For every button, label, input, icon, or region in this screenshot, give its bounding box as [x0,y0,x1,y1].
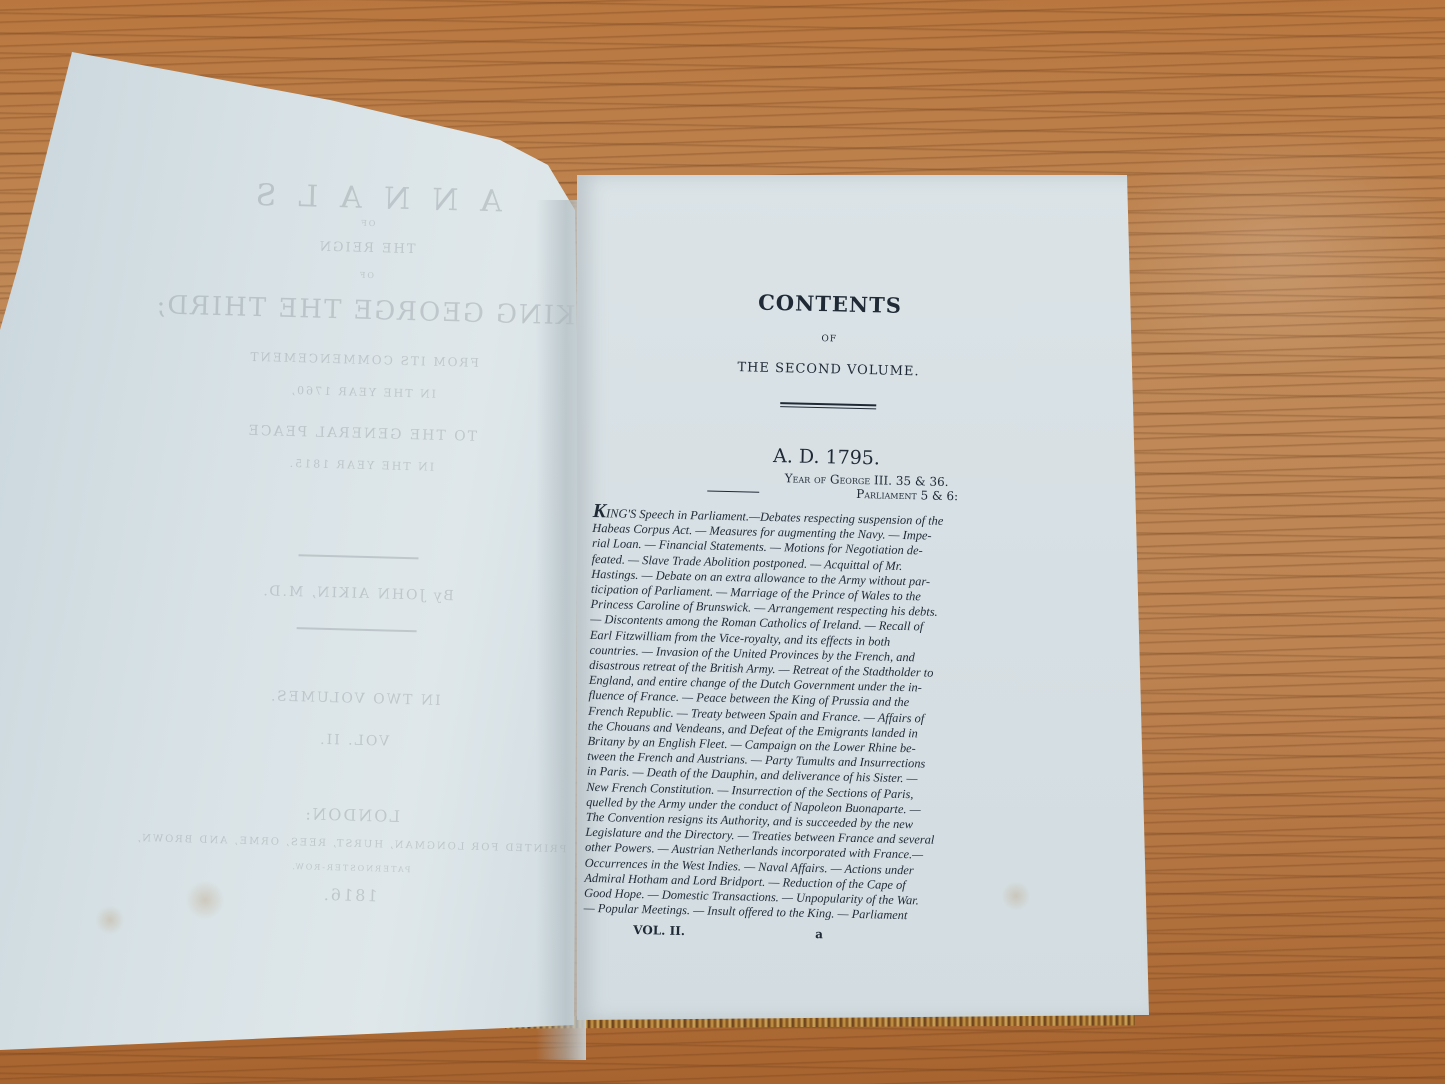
signature-mark: a [815,928,823,942]
page-title: CONTENTS [597,286,1062,322]
contents-paragraph: KING'S Speech in Parliament.—Debates res… [584,504,1058,927]
bleed-rule [297,627,417,632]
footer-volume: VOL. II. [633,923,685,938]
bleed-rule [299,554,419,559]
decorative-double-rule [780,402,876,409]
left-page: ANNALS OF THE REIGN OF KING GEORGE THE T… [0,0,600,1060]
page-subtitle: THE SECOND VOLUME. [596,357,1061,383]
title-of: OF [597,329,1062,350]
table-light-reflection [1100,120,1445,380]
contents-page-text: CONTENTS OF THE SECOND VOLUME. A. D. 179… [583,280,1063,949]
drop-cap: K [593,500,607,522]
